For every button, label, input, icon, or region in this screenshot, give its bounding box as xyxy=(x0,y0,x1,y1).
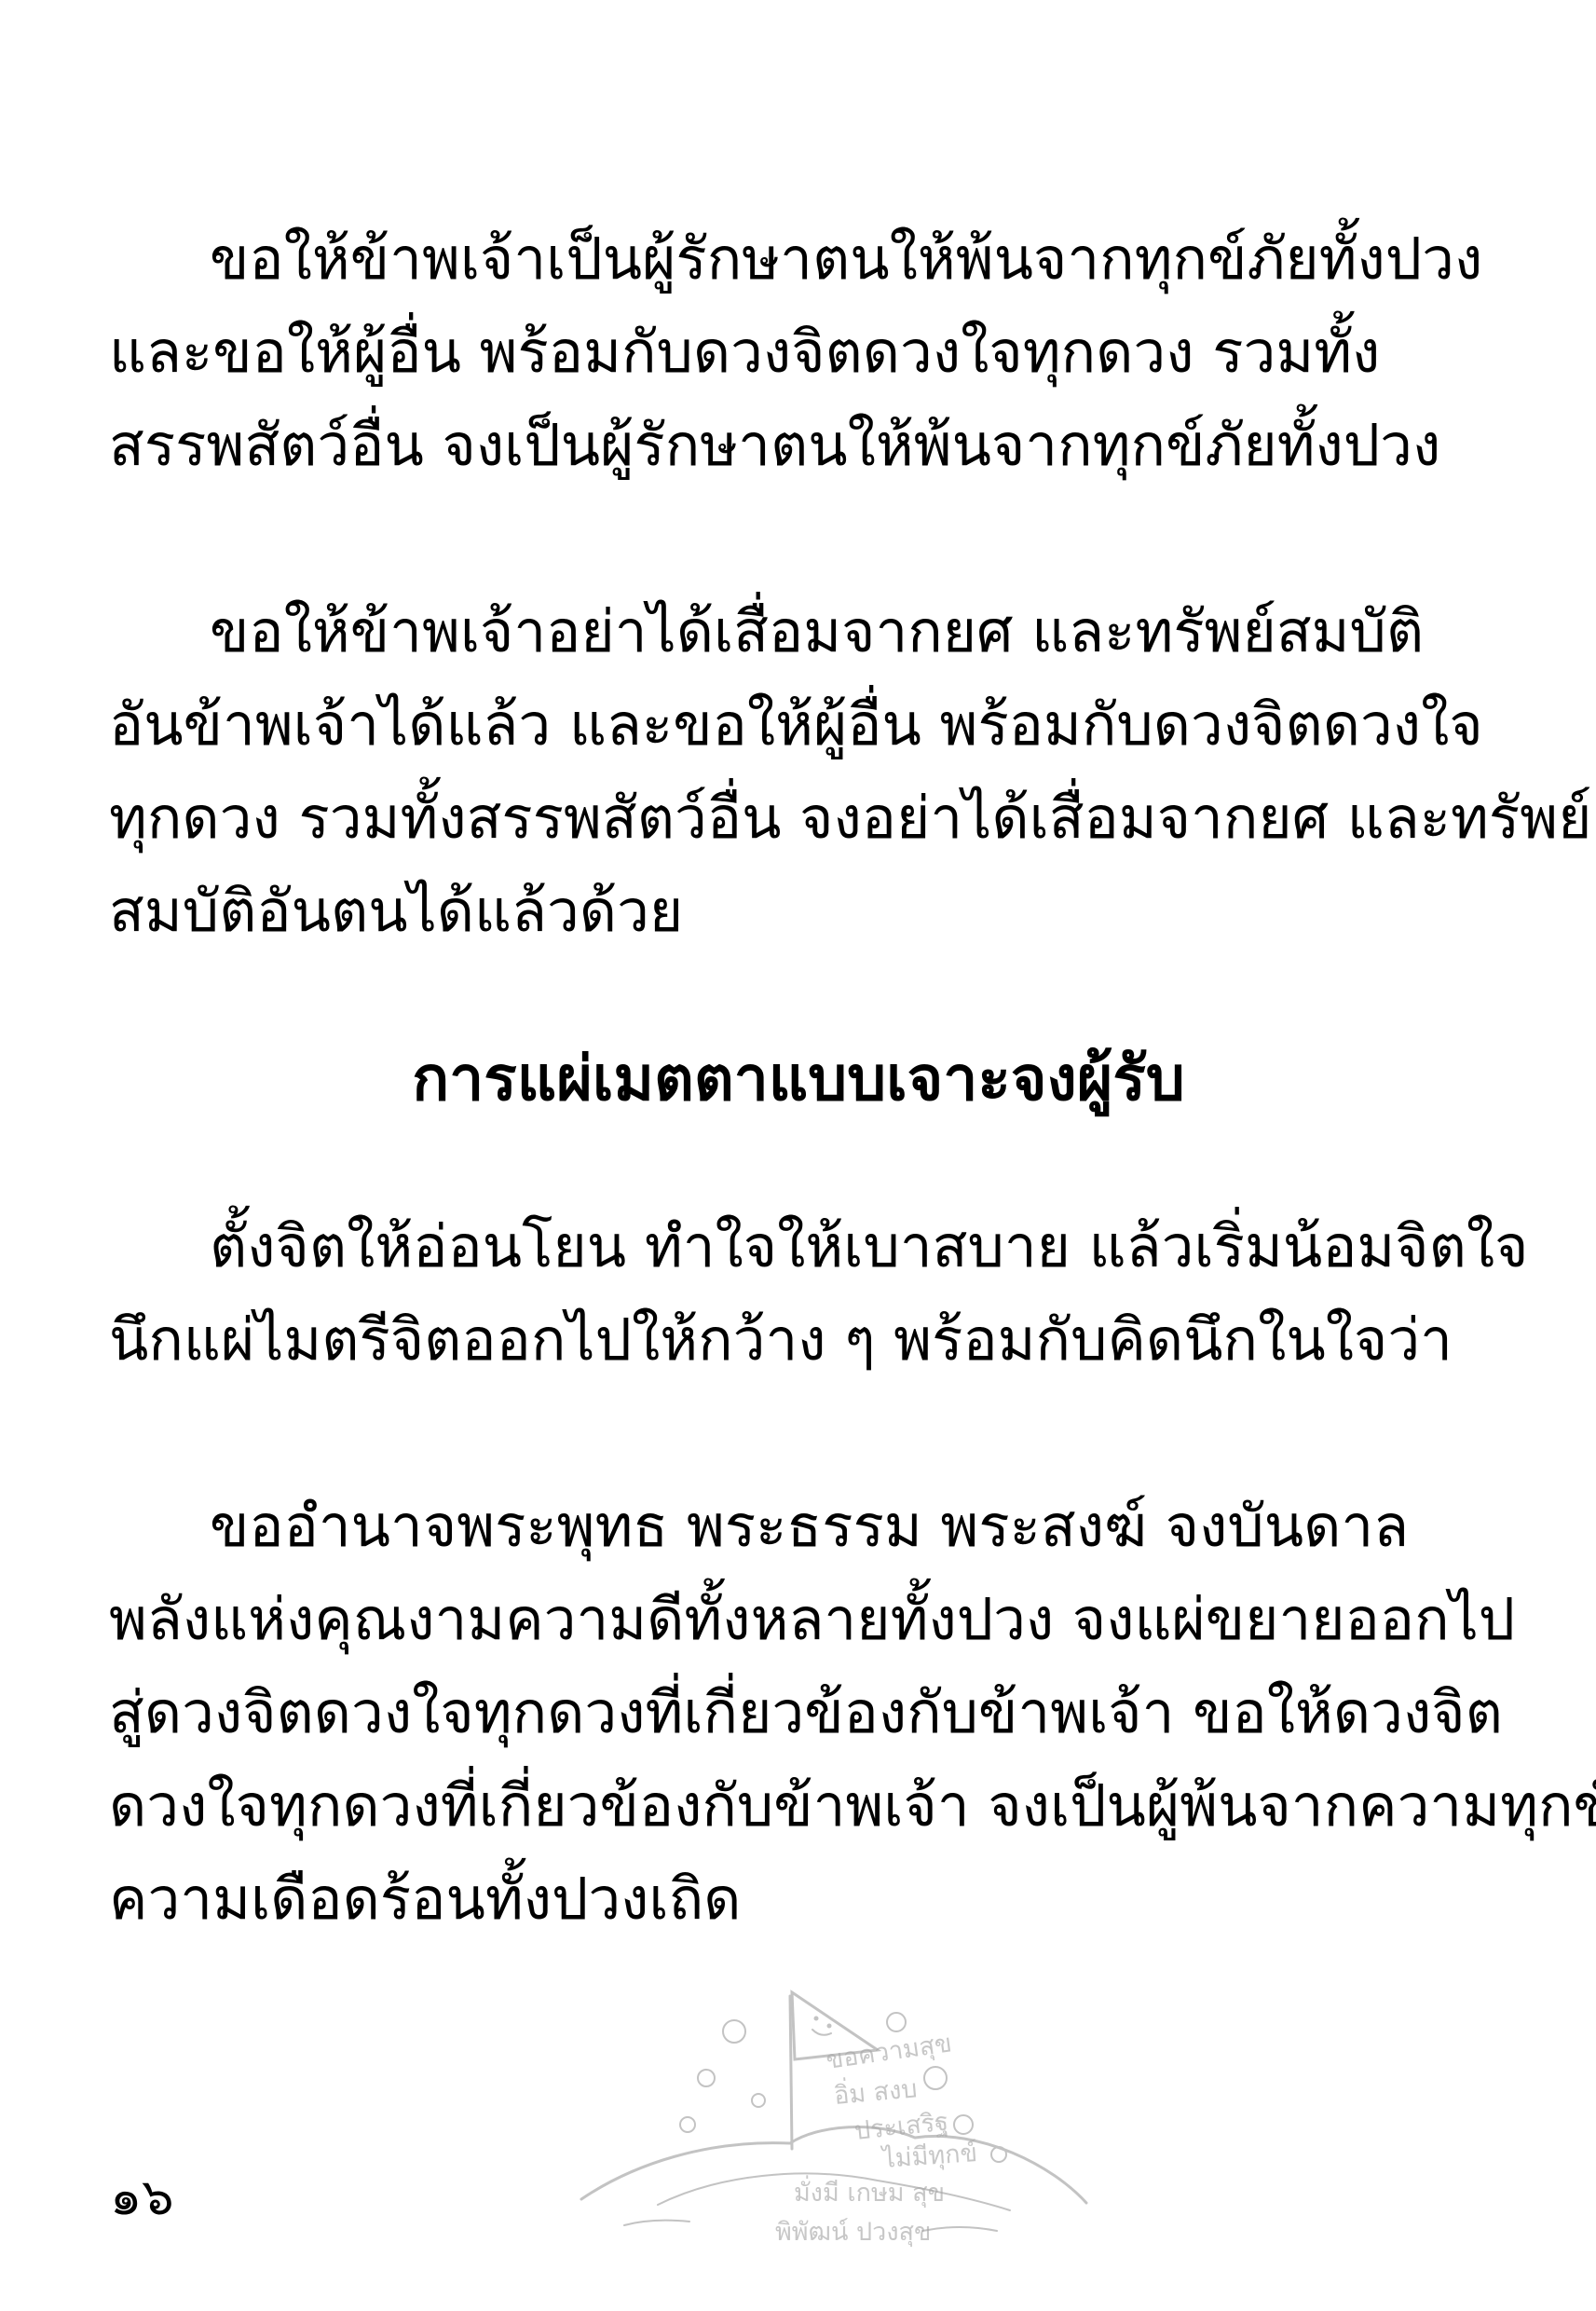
body-text-line: ดวงใจทุกดวงที่เกี่ยวข้องกับข้าพเจ้า จงเป… xyxy=(109,1759,1488,1853)
paragraph: ตั้งจิตให้อ่อนโยน ทำใจให้เบาสบาย แล้วเริ… xyxy=(109,1200,1488,1387)
handwritten-note: อิ่ม สงบ xyxy=(833,2071,919,2111)
body-text-line: ขออำนาจพระพุทธ พระธรรม พระสงฆ์ จงบันดาล xyxy=(109,1480,1488,1573)
handwritten-note: ขอความสุข xyxy=(825,2029,954,2076)
body-text-line: สมบัติอันตนได้แล้วด้วย xyxy=(109,865,1488,958)
handwritten-note: ไม่มีทุกข์ xyxy=(880,2138,978,2175)
body-text-line: ตั้งจิตให้อ่อนโยน ทำใจให้เบาสบาย แล้วเริ… xyxy=(109,1200,1488,1293)
page-number: ๑๖ xyxy=(110,2169,174,2225)
body-text-line: สู่ดวงจิตดวงใจทุกดวงที่เกี่ยวข้องกับข้าพ… xyxy=(109,1666,1488,1759)
handwritten-note: มั่งมี เกษม สุข xyxy=(794,2175,945,2208)
book-page: ขอให้ข้าพเจ้าเป็นผู้รักษาตนให้พ้นจากทุกข… xyxy=(0,0,1596,2311)
paragraph: ขอให้ข้าพเจ้าอย่าได้เสื่อมจากยศ และทรัพย… xyxy=(109,585,1488,958)
body-text-line: ทุกดวง รวมทั้งสรรพสัตว์อื่น จงอย่าได้เสื… xyxy=(109,772,1488,865)
handwritten-notes: ขอความสุข อิ่ม สงบ ประเสริฐ ไม่มีทุกข์ ม… xyxy=(775,2029,978,2248)
paragraph: ขออำนาจพระพุทธ พระธรรม พระสงฆ์ จงบันดาล … xyxy=(109,1480,1488,1946)
body-text-line: ความเดือดร้อนทั้งปวงเถิด xyxy=(109,1853,1488,1946)
body-text-line: อันข้าพเจ้าได้แล้ว และขอให้ผู้อื่น พร้อม… xyxy=(109,678,1488,772)
handwritten-note: ประเสริฐ xyxy=(853,2108,949,2146)
section-heading: การแผ่เมตตาแบบเจาะจงผู้รับ xyxy=(109,1032,1488,1126)
handwritten-note: พิพัฒน์ ปวงสุข xyxy=(775,2217,931,2248)
body-text-line: ขอให้ข้าพเจ้าเป็นผู้รักษาตนให้พ้นจากทุกข… xyxy=(109,212,1488,306)
paragraph: ขอให้ข้าพเจ้าเป็นผู้รักษาตนให้พ้นจากทุกข… xyxy=(109,212,1488,492)
watermark-sketch: ขอความสุข อิ่ม สงบ ประเสริฐ ไม่มีทุกข์ ม… xyxy=(568,1964,1099,2263)
body-text-block: ขอให้ข้าพเจ้าเป็นผู้รักษาตนให้พ้นจากทุกข… xyxy=(109,212,1488,1946)
body-text-line: และขอให้ผู้อื่น พร้อมกับดวงจิตดวงใจทุกดว… xyxy=(109,306,1488,399)
body-text-line: ขอให้ข้าพเจ้าอย่าได้เสื่อมจากยศ และทรัพย… xyxy=(109,585,1488,678)
body-text-line: พลังแห่งคุณงามความดีทั้งหลายทั้งปวง จงแผ… xyxy=(109,1573,1488,1666)
body-text-line: นึกแผ่ไมตรีจิตออกไปให้กว้าง ๆ พร้อมกับคิ… xyxy=(109,1293,1488,1387)
body-text-line: สรรพสัตว์อื่น จงเป็นผู้รักษาตนให้พ้นจากท… xyxy=(109,399,1488,492)
